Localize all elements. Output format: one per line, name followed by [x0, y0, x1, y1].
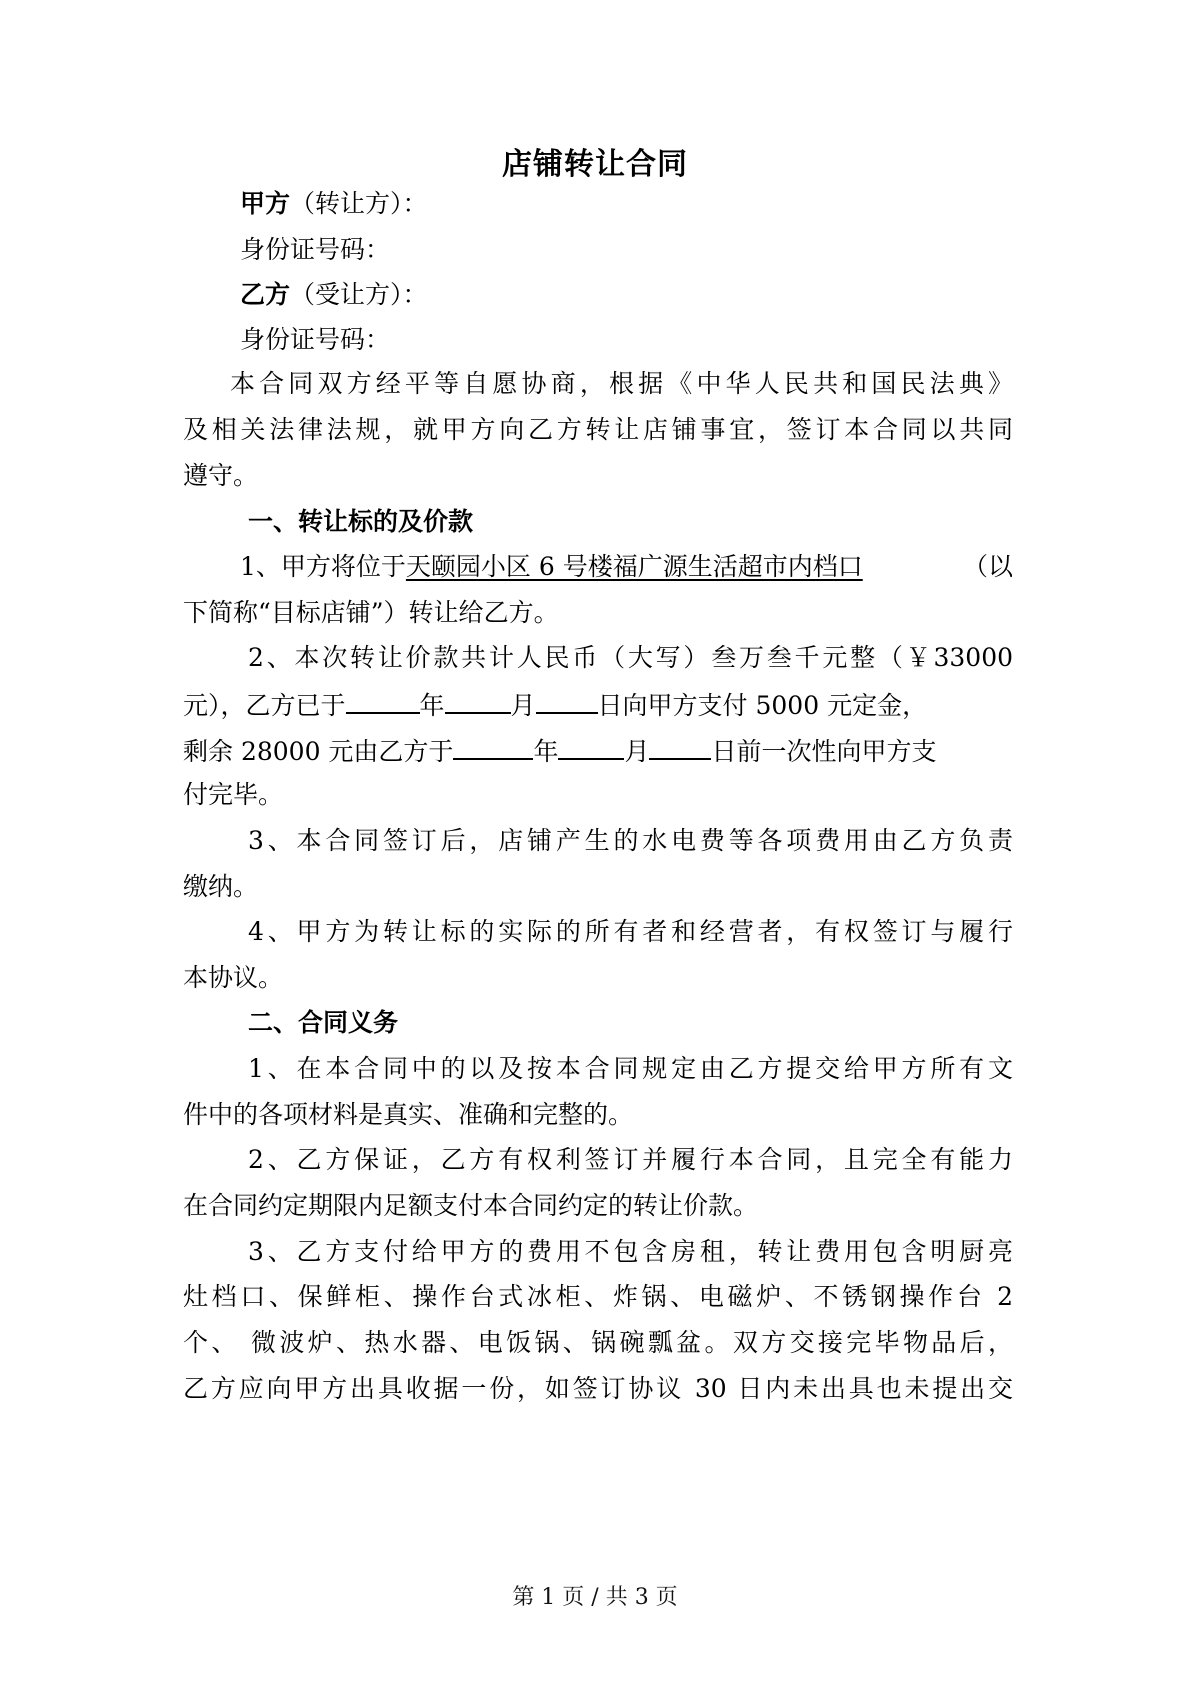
preamble-line-2: 及相关法律法规，就甲方向乙方转让店铺事宜，签订本合同以共同	[183, 412, 1013, 448]
deposit-month-blank[interactable]	[445, 686, 511, 714]
party-a-line: 甲方（转让方）：	[240, 186, 428, 222]
clause-1-4-line-1: 4、甲方为转让标的实际的所有者和经营者，有权签订与履行	[248, 914, 1013, 950]
clause-1-2-line-1: 2、本次转让价款共计人民币（大写）叁万叁千元整（￥33000	[248, 640, 1013, 676]
clause-1-1-suffix: （以	[963, 549, 1013, 585]
year-label: 年	[533, 737, 558, 766]
document-page: 店铺转让合同 甲方（转让方）： 身份证号码： 乙方（受让方）： 身份证号码： 本…	[0, 0, 1190, 1683]
preamble-line-1: 本合同双方经平等自愿协商，根据《中华人民共和国民法典》	[230, 366, 1013, 402]
year-label: 年	[420, 691, 445, 720]
party-b-id-line: 身份证号码：	[240, 322, 390, 358]
clause-2-3-line-1: 3、乙方支付给甲方的费用不包含房租，转让费用包含明厨亮	[248, 1234, 1013, 1270]
clause-1-2-text-d: 日前一次性向甲方支	[711, 737, 936, 766]
deposit-year-blank[interactable]	[346, 686, 420, 714]
month-label: 月	[511, 691, 536, 720]
clause-2-2-line-2: 在合同约定期限内足额支付本合同约定的转让价款。	[183, 1188, 758, 1224]
balance-year-blank[interactable]	[453, 732, 533, 760]
balance-month-blank[interactable]	[558, 732, 624, 760]
clause-1-2-text-c: 剩余 28000 元由乙方于	[183, 737, 453, 766]
party-b-label: 乙方	[240, 280, 290, 309]
clause-1-1-line-2: 下简称“目标店铺”）转让给乙方。	[183, 595, 559, 631]
store-location: 天颐园小区 6 号楼福广源生活超市内档口	[406, 552, 863, 581]
clause-2-1-line-2: 件中的各项材料是真实、准确和完整的。	[183, 1097, 633, 1133]
clause-2-3-line-4: 乙方应向甲方出具收据一份，如签订协议 30 日内未出具也未提出交	[183, 1371, 1013, 1407]
page-indicator: 第 1 页 / 共 3 页	[0, 1583, 1190, 1613]
clause-1-4-line-2: 本协议。	[183, 960, 283, 996]
clause-1-2-line-3: 剩余 28000 元由乙方于年月日前一次性向甲方支	[183, 732, 936, 770]
party-a-id-line: 身份证号码：	[240, 232, 390, 268]
party-a-label: 甲方	[240, 189, 290, 218]
month-label: 月	[624, 737, 649, 766]
party-b-role: （受让方）：	[290, 280, 428, 309]
party-b-line: 乙方（受让方）：	[240, 277, 428, 313]
clause-1-2-line-4: 付完毕。	[183, 777, 283, 813]
clause-2-3-line-2: 灶档口、保鲜柜、操作台式冰柜、炸锅、电磁炉、不锈钢操作台 2	[183, 1279, 1013, 1315]
clause-1-3-line-1: 3、本合同签订后，店铺产生的水电费等各项费用由乙方负责	[248, 823, 1013, 859]
clause-1-3-line-2: 缴纳。	[183, 869, 258, 905]
clause-1-1-line-1: 1、甲方将位于天颐园小区 6 号楼福广源生活超市内档口 （以	[240, 549, 1013, 585]
section-1-heading: 一、转让标的及价款	[248, 504, 473, 540]
section-2-heading: 二、合同义务	[248, 1005, 398, 1041]
preamble-line-3: 遵守。	[183, 458, 258, 494]
party-a-role: （转让方）：	[290, 189, 428, 218]
clause-1-2-text-b: 日向甲方支付 5000 元定金，	[598, 691, 928, 720]
clause-2-2-line-1: 2、乙方保证，乙方有权利签订并履行本合同，且完全有能力	[248, 1142, 1013, 1178]
clause-1-2-text-a: 元），乙方已于	[183, 691, 346, 720]
clause-2-3-line-3: 个、 微波炉、热水器、电饭锅、锅碗瓢盆。双方交接完毕物品后，	[183, 1325, 1013, 1361]
clause-1-2-line-2: 元），乙方已于年月日向甲方支付 5000 元定金，	[183, 686, 927, 724]
balance-day-blank[interactable]	[649, 732, 711, 760]
clause-1-1-prefix: 1、甲方将位于	[240, 552, 406, 581]
document-title: 店铺转让合同	[0, 145, 1190, 185]
deposit-day-blank[interactable]	[536, 686, 598, 714]
clause-2-1-line-1: 1、在本合同中的以及按本合同规定由乙方提交给甲方所有文	[248, 1051, 1013, 1087]
